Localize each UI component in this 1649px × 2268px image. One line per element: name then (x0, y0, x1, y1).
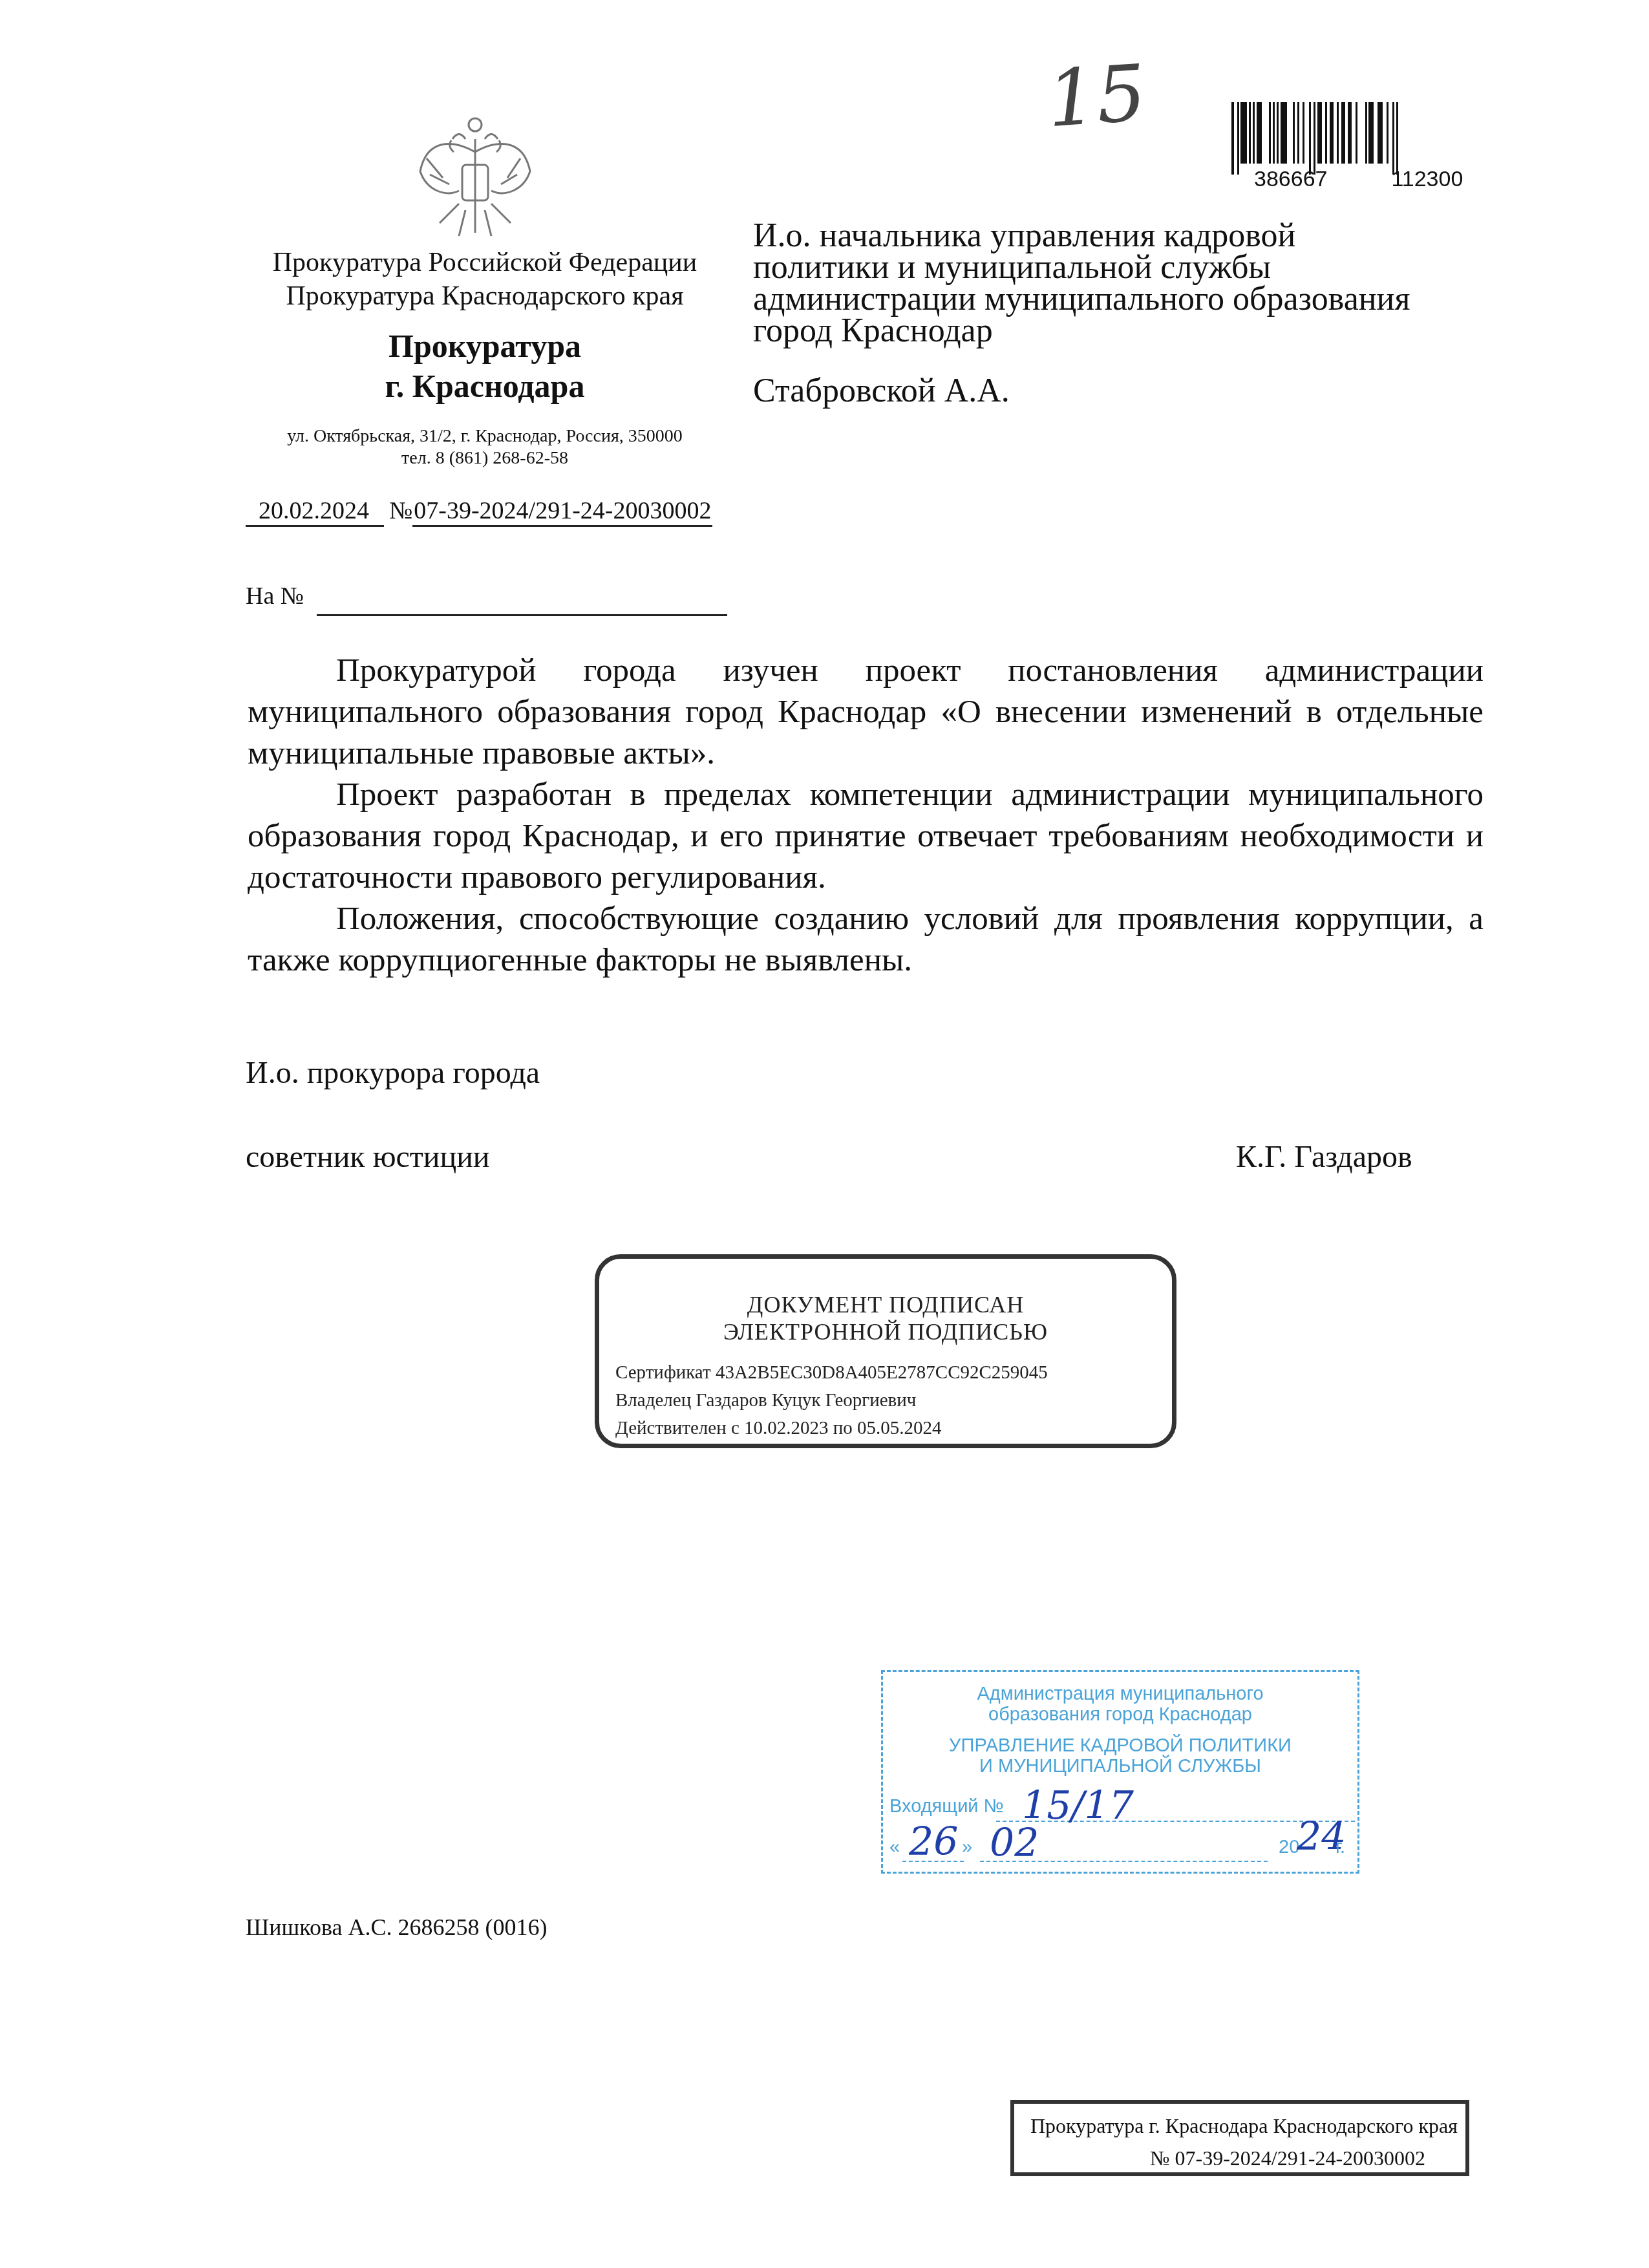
incoming-label: Входящий № (889, 1796, 1004, 1817)
addressee-name: Стабровской А.А. (753, 375, 1410, 407)
org-name-line-1: Прокуратура (246, 326, 724, 366)
registration-box-number: № 07-39-2024/291-24-20030002 (1150, 2146, 1425, 2170)
registration-box: Прокуратура г. Краснодара Краснодарского… (1010, 2100, 1469, 2176)
body-paragraph: Прокуратурой города изучен проект постан… (248, 650, 1484, 774)
addressee: И.о. начальника управления кадровой поли… (753, 220, 1410, 407)
stamp-line-2: образования город Краснодар (883, 1704, 1357, 1725)
addressee-line: И.о. начальника управления кадровой (753, 220, 1410, 251)
number-sign: № (389, 497, 412, 525)
signer-rank: советник юстиции (246, 1139, 490, 1175)
incoming-month: 02 (990, 1821, 1039, 1866)
org-line-2: Прокуратура Краснодарского края (246, 279, 724, 313)
barcode-icon (1231, 102, 1399, 175)
registration-number: 07-39-2024/291-24-20030002 (412, 497, 712, 527)
stamp-line-3: УПРАВЛЕНИЕ КАДРОВОЙ ПОЛИТИКИ (883, 1735, 1357, 1756)
incoming-day: 26 (909, 1819, 958, 1865)
esig-title-2: ЭЛЕКТРОННОЙ ПОДПИСЬЮ (599, 1318, 1172, 1345)
barcode-digits: 386667 112300 (1254, 167, 1463, 192)
stamp-line-1: Администрация муниципального (883, 1684, 1357, 1704)
outgoing-registration: 20.02.2024№07-39-2024/291-24-20030002 (246, 497, 712, 527)
coat-of-arms-icon (414, 113, 537, 242)
addressee-line: политики и муниципальной службы (753, 251, 1410, 283)
esig-title-1: ДОКУМЕНТ ПОДПИСАН (599, 1291, 1172, 1318)
year-unit: г. (1335, 1837, 1345, 1858)
signer-name: К.Г. Газдаров (1236, 1139, 1412, 1175)
quote-close: » (962, 1837, 972, 1858)
barcode-left-digits: 386667 (1254, 167, 1327, 191)
org-header: Прокуратура Российской Федерации Прокура… (246, 246, 724, 469)
electronic-signature-stamp: ДОКУМЕНТ ПОДПИСАН ЭЛЕКТРОННОЙ ПОДПИСЬЮ С… (595, 1254, 1176, 1448)
incoming-stamp: Администрация муниципального образования… (881, 1670, 1359, 1874)
addressee-line: город Краснодар (753, 315, 1410, 347)
registration-box-org: Прокуратура г. Краснодара Краснодарского… (1030, 2114, 1458, 2138)
esig-certificate: Сертификат 43A2B5EC30D8A405E2787CC92C259… (615, 1362, 1048, 1384)
addressee-line: администрации муниципального образования (753, 283, 1410, 315)
stamp-line-4: И МУНИЦИПАЛЬНОЙ СЛУЖБЫ (883, 1756, 1357, 1777)
org-phone: тел. 8 (861) 268-62-58 (246, 447, 724, 469)
body-paragraph: Проект разработан в пределах компетенции… (248, 774, 1484, 898)
org-address: ул. Октябрьская, 31/2, г. Краснодар, Рос… (246, 425, 724, 447)
registration-date: 20.02.2024 (246, 497, 384, 527)
reply-to-field (317, 614, 727, 616)
body-paragraph: Положения, способствующие созданию услов… (248, 898, 1484, 981)
executor-info: Шишкова А.С. 2686258 (0016) (246, 1914, 547, 1941)
signer-position: И.о. прокурора города (246, 1055, 540, 1091)
handwritten-page-number: 15 (1044, 48, 1149, 145)
org-line-1: Прокуратура Российской Федерации (246, 246, 724, 279)
month-line (980, 1861, 1268, 1862)
esig-validity: Действителен с 10.02.2023 по 05.05.2024 (615, 1418, 942, 1439)
esig-owner: Владелец Газдаров Куцук Георгиевич (615, 1390, 916, 1411)
letter-body: Прокуратурой города изучен проект постан… (248, 650, 1484, 981)
org-name-line-2: г. Краснодара (246, 366, 724, 406)
barcode-right-digits: 112300 (1391, 167, 1463, 191)
day-line (902, 1861, 964, 1862)
quote-open: « (889, 1837, 900, 1858)
reply-to-label: На № (246, 582, 304, 610)
